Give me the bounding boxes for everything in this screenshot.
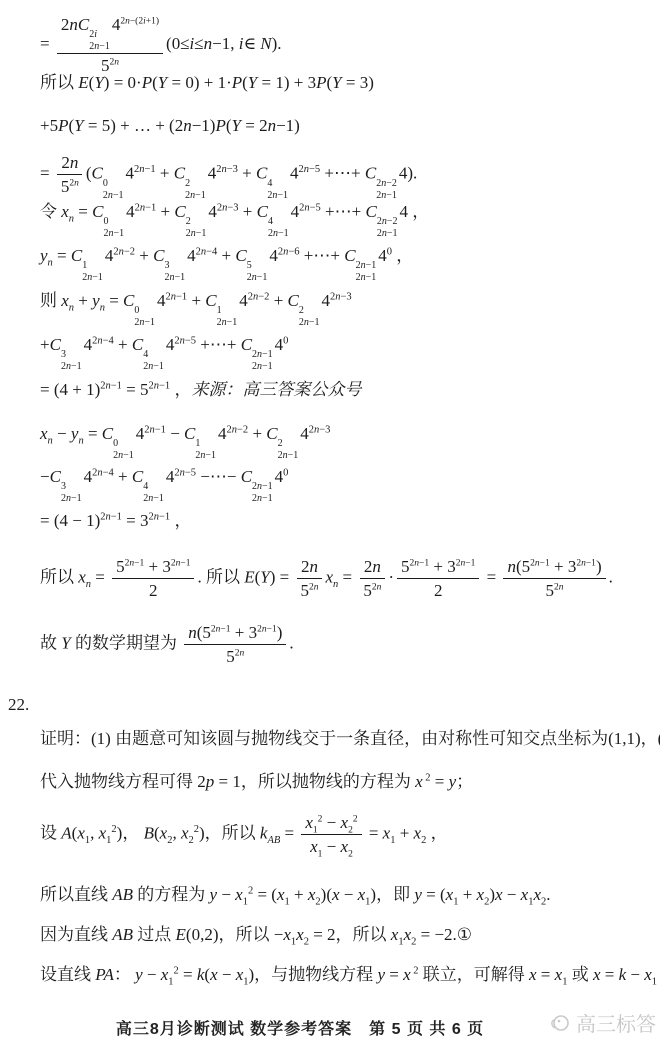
proof-line-4: 所以直线 AB 的方程为 y − x12 = (x1 + x2)(x − x1)…: [40, 884, 550, 906]
proof-line-2: 代入抛物线方程可得 2p = 1，所以抛物线的方程为 x 2 = y；: [40, 771, 473, 793]
formula-expectation-sum-2: +5P(Y = 5) + … + (2n−1)P(Y = 2n−1): [40, 115, 300, 137]
proof-line-1: 证明：(1) 由题意可知该圆与抛物线交于一条直径，由对称性可知交点坐标为(1,1…: [40, 728, 660, 750]
formula-xn-plus-yn-result: = (4 + 1)2n−1 = 52n−1 ，来源：高三答案公众号: [40, 379, 361, 401]
formula-expectation-term: = 2nC2i2n−142n−(2i+1)52n(0≤i≤n−1, i∈ N).: [40, 14, 282, 76]
watermark-label: 高三标答: [576, 1008, 656, 1037]
watermark: 高三标答: [548, 1008, 656, 1037]
answer-sheet-page: = 2nC2i2n−142n−(2i+1)52n(0≤i≤n−1, i∈ N).…: [0, 0, 660, 1057]
proof-line-6: 设直线 PA： y − x12 = k(x − x1)，与抛物线方程 y = x…: [40, 964, 660, 986]
problem-number-22: 22.: [8, 694, 29, 716]
formula-xn-minus-yn-result: = (4 − 1)2n−1 = 32n−1 ，: [40, 510, 191, 532]
formula-xn-definition: 令 xn = C02n−142n−1 + C22n−142n−3 + C42n−…: [40, 201, 429, 239]
formula-xn-minus-yn-1: xn − yn = C02n−142n−1 − C12n−142n−2 + C2…: [40, 423, 330, 461]
watermark-logo-icon: [548, 1011, 572, 1035]
formula-expectation-expanded: = 2n52n(C02n−142n−1 + C22n−142n−3 + C42n…: [40, 152, 417, 201]
proof-line-3: 设 A(x1, x12)， B(x2, x22)，所以 kAB = x12 − …: [40, 812, 448, 858]
formula-expectation-sum-1: 所以 E(Y) = 0·P(Y = 0) + 1·P(Y = 1) + 3P(Y…: [40, 72, 374, 94]
formula-xn-plus-yn-2: +C32n−142n−4 + C42n−142n−5 +⋯+ C2n−12n−1…: [40, 334, 288, 372]
page-footer: 高三8月诊断测试 数学参考答案 第 5 页 共 6 页: [0, 1016, 600, 1039]
proof-line-5: 因为直线 AB 过点 E(0,2)，所以 −x1x2 = 2，所以 x1x2 =…: [40, 924, 472, 946]
formula-ey-final: 所以 xn = 52n−1 + 32n−12. 所以 E(Y) = 2n52nx…: [40, 556, 613, 602]
formula-conclusion-expectation: 故 Y 的数学期望为 n(52n−1 + 32n−1)52n.: [40, 622, 294, 668]
formula-xn-plus-yn-1: 则 xn + yn = C02n−142n−1 + C12n−142n−2 + …: [40, 290, 352, 328]
formula-yn-definition: yn = C12n−142n−2 + C32n−142n−4 + C52n−14…: [40, 245, 413, 283]
footer-text: 高三8月诊断测试 数学参考答案 第 5 页 共 6 页: [116, 1021, 484, 1038]
formula-xn-minus-yn-2: −C32n−142n−4 + C42n−142n−5 −⋯− C2n−12n−1…: [40, 466, 288, 504]
